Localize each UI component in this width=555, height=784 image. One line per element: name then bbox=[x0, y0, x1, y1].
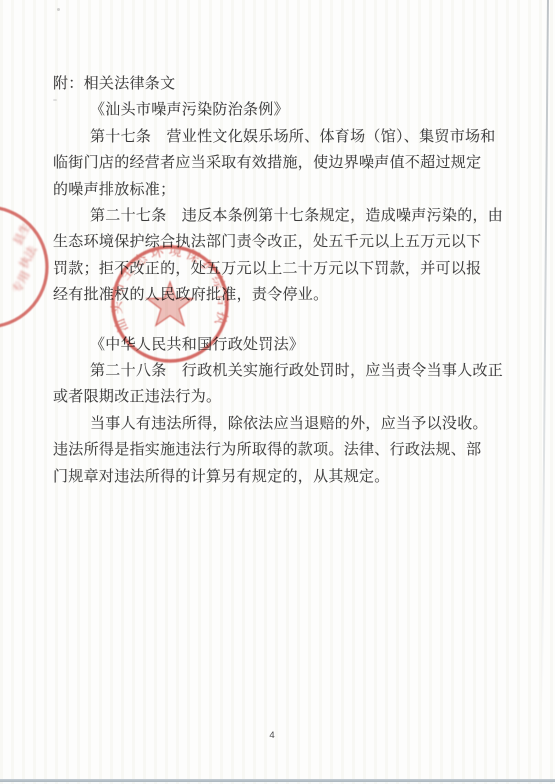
text-line: 临街门店的经营者应当采取有效措施，使边界噪声值不超过规定 bbox=[53, 150, 523, 176]
bottom-page-edge bbox=[0, 779, 555, 782]
dust-speck bbox=[53, 99, 57, 101]
dust-speck bbox=[57, 8, 60, 11]
official-red-seal: 汕头市生态环境保护综合执法局 bbox=[106, 240, 236, 372]
edge-seal-fragment: 专用 bbox=[9, 269, 32, 296]
edge-partial-seal: 县生 执法 专用 bbox=[0, 206, 60, 336]
text-line: 的噪声排放标准； bbox=[53, 177, 523, 203]
edge-seal-fragment: 执法 bbox=[16, 243, 39, 270]
seal-star-icon bbox=[147, 282, 193, 325]
scanned-document-page: 附：相关法律条文《汕头市噪声污染防治条例》第十七条 营业性文化娱乐场所、体育场（… bbox=[0, 0, 555, 784]
text-line: 第二十七条 违反本条例第十七条规定，造成噪声污染的，由 bbox=[53, 203, 523, 229]
text-line: 第十七条 营业性文化娱乐场所、体育场（馆）、集贸市场和 bbox=[53, 124, 523, 150]
text-line: 附：相关法律条文 bbox=[53, 71, 523, 97]
text-line: 门规章对违法所得的计算另有规定的，从其规定。 bbox=[53, 464, 523, 490]
text-line: 当事人有违法所得，除依法应当退赔的外，应当予以没收。 bbox=[53, 411, 523, 437]
right-page-edge bbox=[540, 0, 548, 708]
text-line: 或者限期改正违法行为。 bbox=[53, 384, 523, 410]
text-line: 违法所得是指实施违法行为所取得的款项。法律、行政法规、部 bbox=[53, 437, 523, 463]
page-number: 4 bbox=[262, 730, 282, 741]
text-line: 《汕头市噪声污染防治条例》 bbox=[53, 97, 523, 123]
